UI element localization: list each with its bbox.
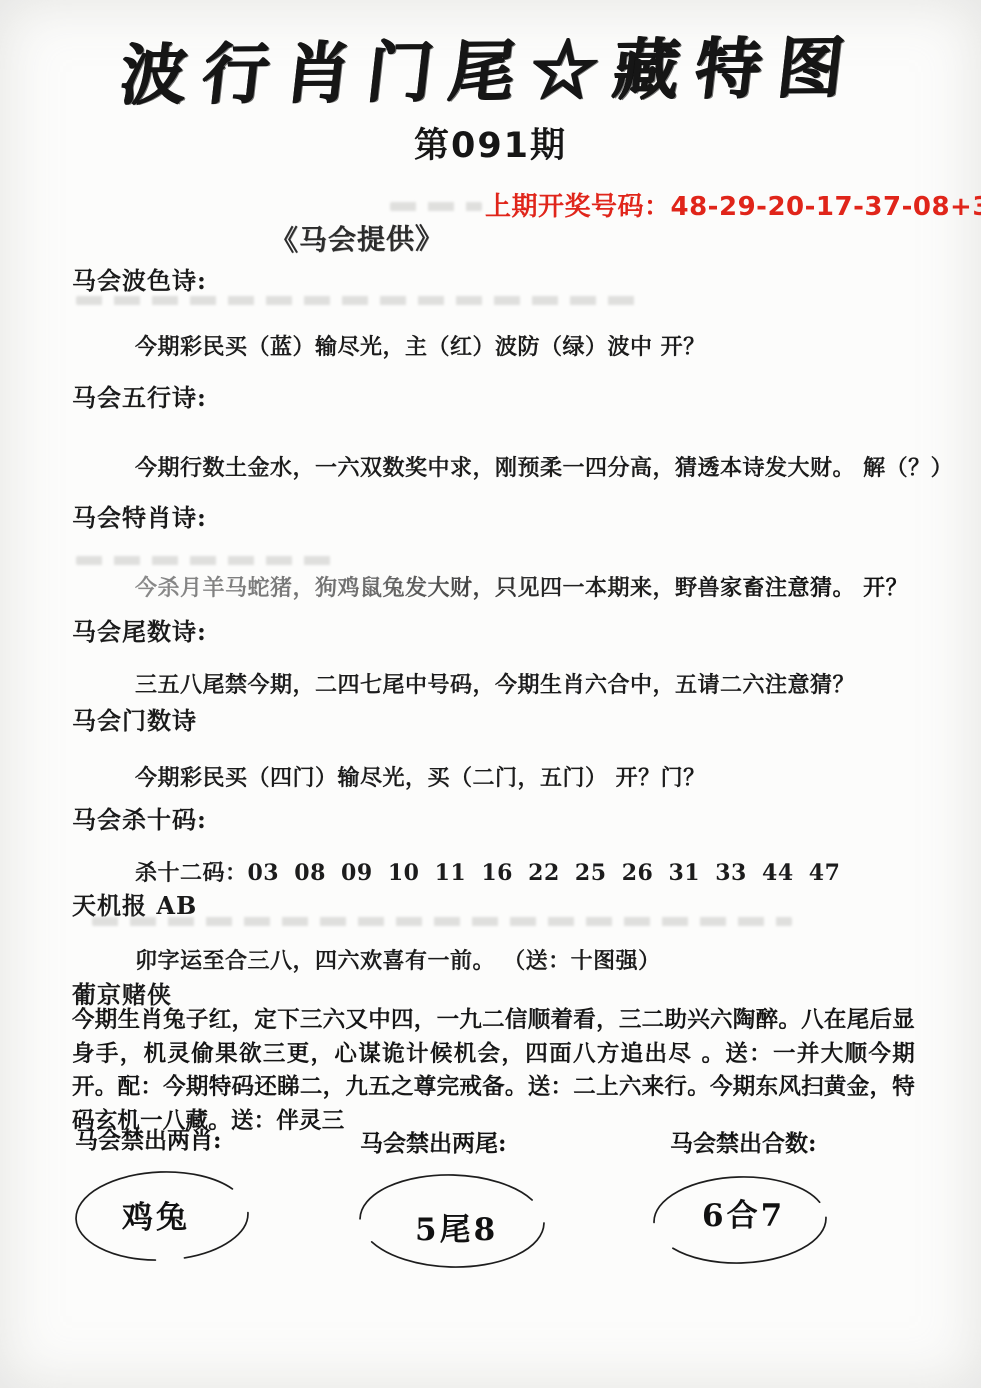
ban-label-zodiac: 马会禁出两肖:	[75, 1122, 222, 1155]
ghost-text-strip	[76, 296, 636, 305]
ban-label-tail: 马会禁出两尾:	[360, 1125, 507, 1158]
ban-value-zodiac: 鸡兔	[122, 1192, 190, 1237]
ghost-text-strip	[76, 556, 341, 565]
ghost-text-strip	[390, 202, 482, 211]
ban-value-tail: 5尾8	[415, 1204, 498, 1249]
poem-wuxing: 今期行数土金水，一六双数奖中求，刚预柔一四分高，猜透本诗发大财。 解（？）	[135, 451, 953, 482]
section-heading-wuxing: 马会五行诗:	[72, 378, 207, 413]
issue-number: 第091期	[0, 118, 981, 168]
ban-value-sum: 6合7	[702, 1190, 785, 1235]
poem-menshu: 今期彩民买（四门）输尽光，买（二门，五门） 开？门？	[135, 761, 706, 792]
poem-weishu: 三五八尾禁今期，二四七尾中号码，今期生肖六合中，五请二六注意猜？	[135, 668, 855, 699]
section-heading-tianjibao: 天机报 AB	[72, 886, 197, 921]
last-draw-numbers: 上期开奖号码：48-29-20-17-37-08+36	[485, 186, 981, 223]
poem-texiao: 今杀月羊马蛇猪，狗鸡鼠兔发大财，只见四一本期来，野兽家畜注意猜。 开？	[135, 571, 908, 602]
pujingduxia-paragraph: 今期生肖兔子红，定下三六又中四，一九二信顺着看，三二助兴六陶醉。八在尾后显身手，…	[72, 1004, 915, 1138]
poem-tianjibao: 卯字运至合三八，四六欢喜有一前。 （送：十图强）	[135, 944, 661, 975]
section-heading-texiao: 马会特肖诗:	[72, 498, 207, 533]
section-heading-menshu: 马会门数诗	[72, 701, 197, 736]
section-heading-bose: 马会波色诗:	[72, 261, 207, 296]
provider-caption: 《马会提供》	[270, 217, 445, 259]
section-heading-shashima: 马会杀十码:	[72, 800, 207, 835]
ghost-text-strip	[92, 917, 792, 926]
kill-numbers-line: 杀十二码：03 08 09 10 11 16 22 25 26 31 33 44…	[135, 856, 840, 887]
page-title: 波行肖门尾☆藏特图	[0, 13, 981, 118]
poem-bose: 今期彩民买（蓝）输尽光，主（红）波防（绿）波中 开？	[135, 330, 706, 361]
ban-label-sum: 马会禁出合数:	[670, 1125, 817, 1158]
tip-sheet-page: 波行肖门尾☆藏特图 第091期 上期开奖号码：48-29-20-17-37-08…	[0, 0, 981, 1388]
section-heading-weishu: 马会尾数诗:	[72, 612, 207, 647]
